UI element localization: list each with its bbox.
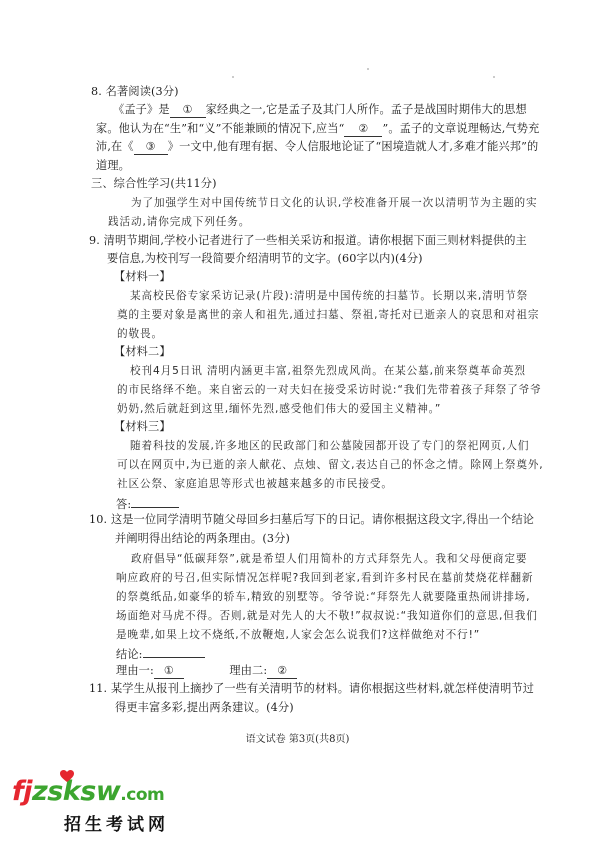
q8-title: 8. 名著阅读(3分) [91, 85, 511, 99]
q8-line-2: 家。他认为在“生”和“义”不能兼顾的情况下,应当“②”。孟子的文章说理畅达,气势… [96, 122, 516, 137]
material-2-label: 【材料二】 [114, 345, 534, 359]
material-3-label: 【材料三】 [114, 420, 534, 434]
page-footer: 语文试卷 第3页(共8页) [0, 730, 595, 745]
logo-chinese-name: 招生考试网 [64, 810, 169, 835]
q10-line-1: 10. 这是一位同学清明节随父母回乡扫墓后写下的日记。请你根据这段文字,得出一个… [89, 513, 509, 527]
conclusion-blank[interactable] [143, 646, 205, 658]
material-2-line-2: 的市民络绎不绝。来自密云的一对夫妇在接受采访时说:“我们先带着孩子拜祭了爷爷 [117, 383, 537, 397]
q8-line-1: 《孟子》是①家经典之一,它是孟子及其门人所作。孟子是战国时期伟大的思想 [113, 103, 533, 118]
diary-line-1: 政府倡导“低碳拜祭”,就是希望人们用简朴的方式拜祭先人。我和父母便商定要 [131, 552, 551, 566]
q11-line-1: 11. 某学生从报刊上摘抄了一些有关清明节的材料。请你根据这些材料,就怎样使清明… [89, 682, 509, 696]
q10-line-2: 并阐明得出结论的两条理由。(3分) [115, 532, 535, 546]
q8-line-3: 沛,在《③》一文中,他有理有据、令人信服地论证了“困境造就人才,多难才能兴邦”的 [96, 140, 516, 155]
heart-icon [60, 770, 74, 783]
material-3-line-2: 可以在网页中,为已逝的亲人献花、点烛、留文,表达自己的怀念之情。除网上祭奠外, [117, 458, 537, 472]
diary-line-5: 是晚辈,如果上坟不烧纸,不放鞭炮,人家会怎么说我们?这样做绝对不行!” [116, 628, 536, 642]
material-1-line-3: 的敬畏。 [117, 327, 537, 341]
site-logo: fjzsksw.com 招生考试网 [12, 778, 164, 809]
scan-speck [493, 76, 495, 78]
reason-2-blank[interactable]: ② [267, 664, 297, 679]
q8-line-4: 道理。 [96, 159, 516, 173]
q8-blank-2[interactable]: ② [344, 122, 382, 137]
q9-line-2: 要信息,为校刊写一段简要介绍清明节的文字。(60字以内)(4分) [107, 252, 527, 266]
q9-answer: 答: [116, 496, 536, 512]
reasons-row: 理由一:① 理由二:② [116, 664, 536, 679]
material-2-line-1: 校刊4月5日讯 清明内涵更丰富,祖祭先烈成风尚。在某公墓,前来祭奠革命英烈 [130, 364, 550, 378]
section-3-intro-2: 践活动,请你完成下列任务。 [108, 215, 528, 229]
q9-line-1: 9. 清明节期间,学校小记者进行了一些相关采访和报道。请你根据下面三则材料提供的… [89, 234, 509, 248]
material-2-line-3: 奶奶,然后就赶到这里,缅怀先烈,感受他们伟大的爱国主义精神。” [117, 402, 537, 416]
logo-domain: fjzsksw.com [12, 778, 164, 809]
material-1-label: 【材料一】 [114, 270, 534, 284]
scan-speck [367, 68, 369, 70]
reason-1-blank[interactable]: ① [154, 664, 184, 679]
diary-line-3: 的祭奠纸品,如豪华的轿车,精致的别墅等。爷爷说:“拜祭先人就要隆重热闹讲排场, [116, 590, 536, 604]
q8-blank-3[interactable]: ③ [134, 140, 168, 155]
scan-speck [232, 76, 234, 78]
q8-blank-1[interactable]: ① [170, 103, 206, 118]
section-3-title: 三、综合性学习(共11分) [91, 177, 511, 191]
material-1-line-1: 某高校民俗专家采访记录(片段):清明是中国传统的扫墓节。长期以来,清明节祭 [130, 289, 550, 303]
exam-page: 8. 名著阅读(3分) 《孟子》是①家经典之一,它是孟子及其门人所作。孟子是战国… [0, 0, 595, 842]
material-3-line-3: 社区公祭、家庭追思等形式也被越来越多的市民接受。 [117, 477, 537, 491]
conclusion-row: 结论: [116, 646, 536, 662]
diary-line-2: 响应政府的号召,但实际情况怎样呢?我回到老家,看到许多村民在墓前焚烧花样翻新 [116, 571, 536, 585]
material-1-line-2: 奠的主要对象是离世的亲人和祖先,通过扫墓、祭祖,寄托对已逝亲人的哀思和对祖宗 [117, 308, 537, 322]
section-3-intro-1: 为了加强学生对中国传统节日文化的认识,学校准备开展一次以清明节为主题的实 [131, 196, 551, 210]
q9-answer-blank[interactable] [131, 496, 179, 508]
material-3-line-1: 随着科技的发展,许多地区的民政部门和公墓陵园都开设了专门的祭祀网页,人们 [130, 439, 550, 453]
diary-line-4: 场面绝对马虎不得。否则,就是对先人的大不敬!”叔叔说:“我知道你们的意思,但我们 [116, 609, 536, 623]
q11-line-2: 得更丰富多彩,提出两条建议。(4分) [115, 701, 535, 715]
